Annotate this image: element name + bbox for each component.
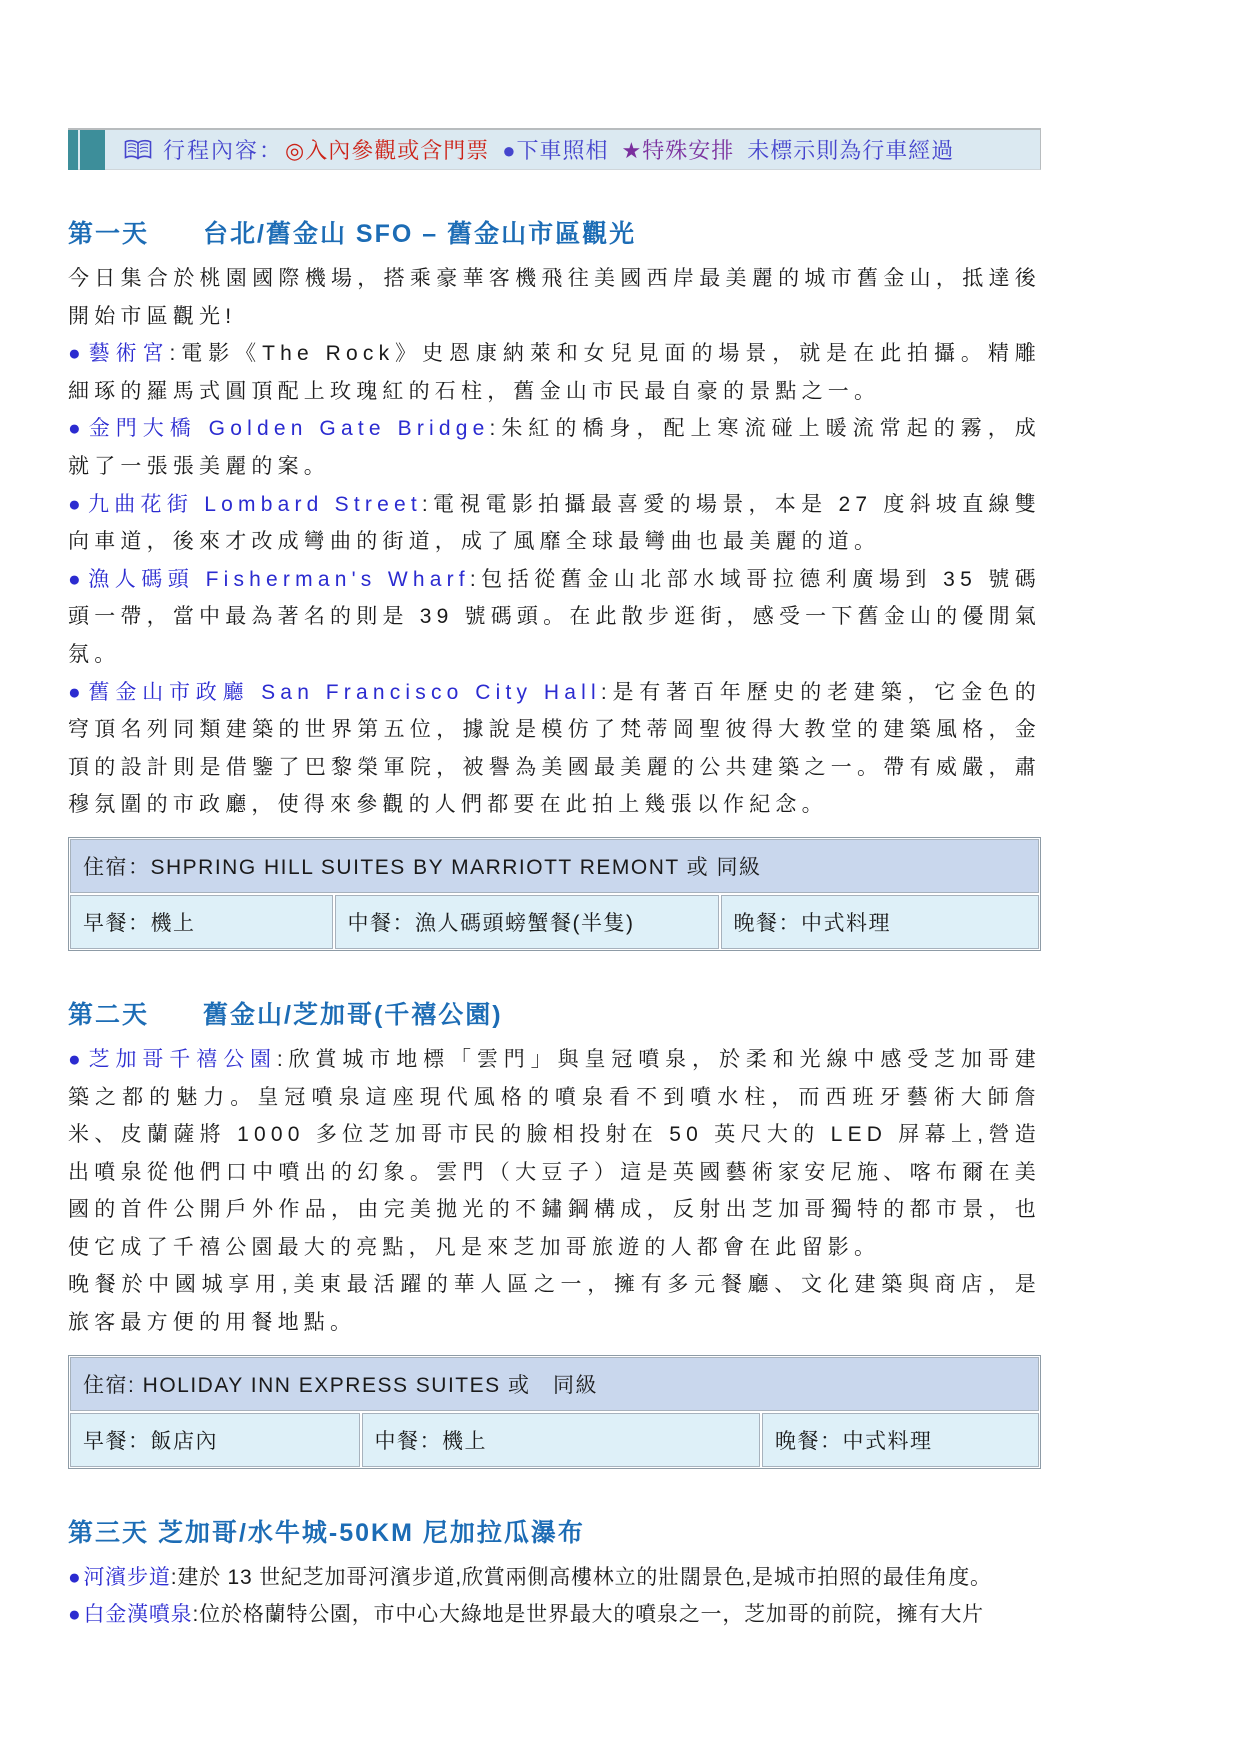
attraction-paragraph: ●金門大橋 Golden Gate Bridge:朱紅的橋身，配上寒流碰上暖流常… [68, 410, 1041, 485]
meal-cell: 早餐：飯店內 [70, 1413, 360, 1467]
document-page: 行程內容： ◎入內參觀或含門票●下車照相★特殊安排未標示則為行車經過 第一天 台… [0, 0, 1041, 1634]
attraction-paragraph: ●藝術宮:電影《The Rock》史恩康納萊和女兒見面的場景，就是在此拍攝。精雕… [68, 335, 1041, 410]
day-section: 第一天 台北/舊金山 SFO – 舊金山市區觀光今日集合於桃園國際機場，搭乘豪華… [68, 214, 1041, 951]
teal-accent-block [80, 130, 105, 170]
legend-items: ◎入內參觀或含門票●下車照相★特殊安排未標示則為行車經過 [283, 134, 954, 165]
attraction-paragraph: ●漁人碼頭 Fisherman's Wharf:包括從舊金山北部水域哥拉德利廣場… [68, 561, 1041, 674]
itinerary-days: 第一天 台北/舊金山 SFO – 舊金山市區觀光今日集合於桃園國際機場，搭乘豪華… [68, 214, 1041, 1634]
meal-cell: 中餐：漁人碼頭螃蟹餐(半隻) [335, 895, 719, 949]
legend-item: ●下車照相 [502, 134, 608, 165]
attraction-paragraph: ●芝加哥千禧公園:欣賞城市地標「雲門」與皇冠噴泉，於柔和光線中感受芝加哥建築之都… [68, 1041, 1041, 1267]
meal-cell: 晚餐：中式料理 [721, 895, 1039, 949]
attraction-paragraph: ●九曲花街 Lombard Street:電視電影拍攝最喜愛的場景，本是 27 … [68, 486, 1041, 561]
paragraph-text: :建於 13 世紀芝加哥河濱步道,欣賞兩側高樓林立的壯闊景色,是城市拍照的最佳角… [171, 1566, 992, 1589]
legend-content: 行程內容： ◎入內參觀或含門票●下車照相★特殊安排未標示則為行車經過 [123, 134, 954, 165]
attraction-name: 河濱步道 [83, 1566, 170, 1589]
bullet-icon: ● [68, 1566, 81, 1589]
day-section: 第三天 芝加哥/水牛城-50KM 尼加拉瓜瀑布●河濱步道:建於 13 世紀芝加哥… [68, 1513, 1041, 1634]
paragraph-text: :位於格蘭特公園，市中心大綠地是世界最大的噴泉之一，芝加哥的前院，擁有大片 [192, 1603, 983, 1626]
legend-title: 行程內容： [163, 134, 283, 165]
legend-bar: 行程內容： ◎入內參觀或含門票●下車照相★特殊安排未標示則為行車經過 [68, 128, 1041, 170]
meals-row: 早餐：機上中餐：漁人碼頭螃蟹餐(半隻)晚餐：中式料理 [70, 895, 1039, 949]
paragraph-text: 今日集合於桃園國際機場，搭乘豪華客機飛往美國西岸最美麗的城市舊金山，抵達後開始市… [68, 267, 1041, 328]
teal-accent-block [68, 130, 78, 170]
meal-cell: 晚餐：中式料理 [762, 1413, 1039, 1467]
attraction-paragraph: ●河濱步道:建於 13 世紀芝加哥河濱步道,欣賞兩側高樓林立的壯闊景色,是城市拍… [68, 1559, 1041, 1597]
legend-item: ◎入內參觀或含門票 [285, 134, 489, 165]
attraction-name: 芝加哥千禧公園 [89, 1048, 277, 1071]
paragraph-text: :電影《The Rock》史恩康納萊和女兒見面的場景，就是在此拍攝。精雕細琢的羅… [68, 342, 1041, 403]
body-paragraph: 今日集合於桃園國際機場，搭乘豪華客機飛往美國西岸最美麗的城市舊金山，抵達後開始市… [68, 260, 1041, 335]
hotel-row: 住宿: HOLIDAY INN EXPRESS SUITES 或 同級 [70, 1357, 1039, 1411]
legend-item: 未標示則為行車經過 [747, 134, 954, 165]
paragraph-text: 晚餐於中國城享用,美東最活躍的華人區之一，擁有多元餐廳、文化建築與商店，是旅客最… [68, 1273, 1041, 1334]
day-section: 第二天 舊金山/芝加哥(千禧公園)●芝加哥千禧公園:欣賞城市地標「雲門」與皇冠噴… [68, 995, 1041, 1469]
day-title: 第二天 舊金山/芝加哥(千禧公園) [68, 995, 1041, 1031]
bullet-icon: ● [68, 417, 87, 440]
attraction-paragraph: ●白金漢噴泉:位於格蘭特公園，市中心大綠地是世界最大的噴泉之一，芝加哥的前院，擁… [68, 1596, 1041, 1634]
hotel-row: 住宿：SHPRING HILL SUITES BY MARRIOTT REMON… [70, 839, 1039, 893]
attraction-name: 九曲花街 Lombard Street [88, 493, 422, 516]
paragraph-text: :欣賞城市地標「雲門」與皇冠噴泉，於柔和光線中感受芝加哥建築之都的魅力。皇冠噴泉… [68, 1048, 1041, 1259]
attraction-name: 藝術宮 [89, 342, 170, 365]
body-paragraph: 晚餐於中國城享用,美東最活躍的華人區之一，擁有多元餐廳、文化建築與商店，是旅客最… [68, 1266, 1041, 1341]
attraction-name: 白金漢噴泉 [83, 1603, 192, 1626]
day-title: 第三天 芝加哥/水牛城-50KM 尼加拉瓜瀑布 [68, 1513, 1041, 1549]
bullet-icon: ● [68, 568, 86, 591]
bullet-icon: ● [68, 493, 86, 516]
meals-row: 早餐：飯店內中餐：機上晚餐：中式料理 [70, 1413, 1039, 1467]
bullet-icon: ● [68, 681, 87, 704]
bullet-icon: ● [68, 342, 87, 365]
meal-cell: 中餐：機上 [362, 1413, 761, 1467]
attraction-name: 舊金山市政廳 San Francisco City Hall [89, 681, 601, 704]
hotel-meals-table: 住宿：SHPRING HILL SUITES BY MARRIOTT REMON… [68, 837, 1041, 951]
hotel-meals-table: 住宿: HOLIDAY INN EXPRESS SUITES 或 同級早餐：飯店… [68, 1355, 1041, 1469]
bullet-icon: ● [68, 1048, 87, 1071]
open-book-icon [123, 139, 153, 161]
attraction-paragraph: ●舊金山市政廳 San Francisco City Hall:是有著百年歷史的… [68, 674, 1041, 824]
bullet-icon: ● [68, 1603, 81, 1626]
attraction-name: 漁人碼頭 Fisherman's Wharf [88, 568, 470, 591]
meal-cell: 早餐：機上 [70, 895, 333, 949]
day-title: 第一天 台北/舊金山 SFO – 舊金山市區觀光 [68, 214, 1041, 250]
attraction-name: 金門大橋 Golden Gate Bridge [89, 417, 490, 440]
legend-item: ★特殊安排 [622, 134, 735, 165]
